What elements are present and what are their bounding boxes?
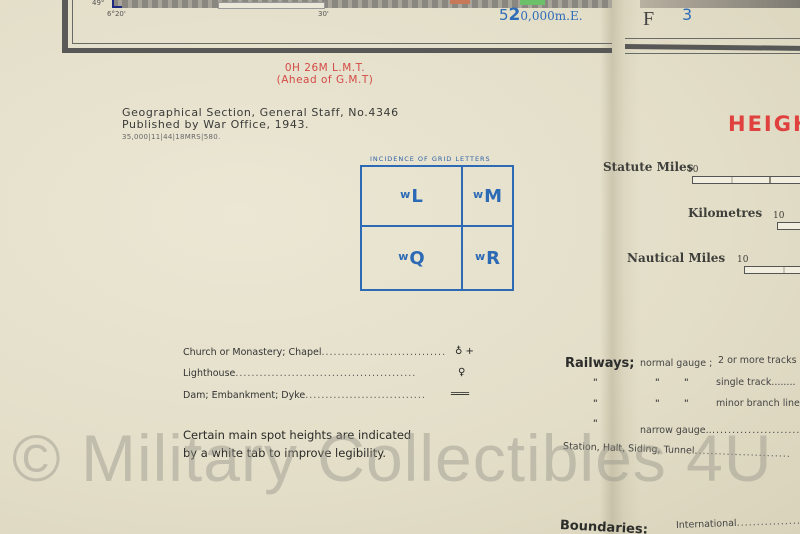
grid-letters-title: INCIDENCE OF GRID LETTERS bbox=[370, 155, 491, 163]
scale-label-nautical-miles: Nautical Miles bbox=[627, 251, 725, 265]
scale-bar-nautical-miles bbox=[744, 266, 800, 274]
legend-row-dam: Dam; Embankment; Dyke...................… bbox=[183, 390, 426, 401]
frame-outer-bottom-line bbox=[62, 48, 612, 53]
grid-letters-box: wL wM wQ wR bbox=[360, 165, 514, 291]
easting-label: 520,000m.E. bbox=[499, 5, 583, 25]
longitude-left-label: 6°20' bbox=[107, 10, 126, 18]
scale-label-statute-miles: Statute Miles bbox=[603, 160, 693, 174]
railways-heading: Railways; bbox=[565, 352, 635, 371]
ditto-mark: " bbox=[684, 399, 689, 409]
sheet-number: 3 bbox=[682, 5, 692, 24]
ditto-mark: " bbox=[655, 399, 660, 409]
railway-normal-gauge: normal gauge ; bbox=[640, 358, 712, 369]
legend-row-lighthouse: Lighthouse..............................… bbox=[183, 368, 416, 379]
frame-inner-bottom-line-right bbox=[625, 38, 800, 39]
ditto-mark: " bbox=[593, 419, 598, 429]
map-corner-mark bbox=[112, 0, 122, 8]
map-edge-red-feature bbox=[450, 0, 470, 4]
railway-narrow-gauge: narrow gauge.. bbox=[640, 425, 712, 436]
legend-row-church: Church or Monastery; Chapel.............… bbox=[183, 347, 446, 358]
railway-narrow-gauge-leader: ...................... bbox=[712, 425, 800, 436]
scale-bar-statute-miles bbox=[692, 176, 800, 184]
grid-cell-wQ: wQ bbox=[362, 227, 461, 289]
map-edge-white-segment bbox=[218, 2, 325, 9]
grid-cell-wL: wL bbox=[362, 167, 461, 225]
latitude-label: 49° bbox=[92, 0, 104, 7]
publisher-line-2: Published by War Office, 1943. bbox=[122, 119, 399, 131]
sheet-letter: F bbox=[643, 8, 654, 31]
publisher-info: Geographical Section, General Staff, No.… bbox=[122, 107, 399, 143]
scale-value-nautical-miles: 10 bbox=[737, 255, 748, 265]
lighthouse-icon: ♀ bbox=[458, 367, 465, 378]
ditto-mark: " bbox=[684, 378, 689, 388]
railway-minor-branch-line: minor branch line bbox=[716, 398, 800, 409]
ditto-mark: " bbox=[655, 378, 660, 388]
spot-heights-note: Certain main spot heights are indicated … bbox=[183, 426, 411, 462]
frame-outer-left-line bbox=[62, 0, 68, 52]
railway-single-track: single track........ bbox=[716, 377, 795, 388]
scale-value-statute-miles: 10 bbox=[687, 165, 698, 175]
church-chapel-icon: ♁ + bbox=[455, 346, 474, 357]
boundaries-heading: Boundaries: bbox=[560, 514, 649, 534]
ditto-mark: " bbox=[593, 378, 598, 388]
frame-thin-bottom-line-right bbox=[625, 53, 800, 54]
heights-title: HEIGH bbox=[728, 112, 800, 136]
scale-value-kilometres: 10 bbox=[773, 211, 784, 221]
map-edge-right-strip bbox=[640, 0, 800, 8]
scale-label-kilometres: Kilometres bbox=[688, 206, 762, 220]
railway-two-or-more-tracks: 2 or more tracks bbox=[718, 355, 797, 366]
frame-inner-left-line bbox=[72, 0, 73, 44]
print-code: 35,000|11|44|18MRS|580. bbox=[122, 131, 399, 143]
scale-bar-kilometres bbox=[777, 222, 800, 230]
longitude-mid-label: 30' bbox=[318, 10, 329, 18]
ditto-mark: " bbox=[593, 399, 598, 409]
dam-embankment-icon: ═══ bbox=[451, 389, 469, 400]
grid-cell-wM: wM bbox=[463, 167, 512, 225]
frame-inner-bottom-line bbox=[72, 43, 612, 44]
time-offset-note: 0H 26M L.M.T. (Ahead of G.M.T) bbox=[255, 62, 395, 86]
grid-cell-wR: wR bbox=[463, 227, 512, 289]
